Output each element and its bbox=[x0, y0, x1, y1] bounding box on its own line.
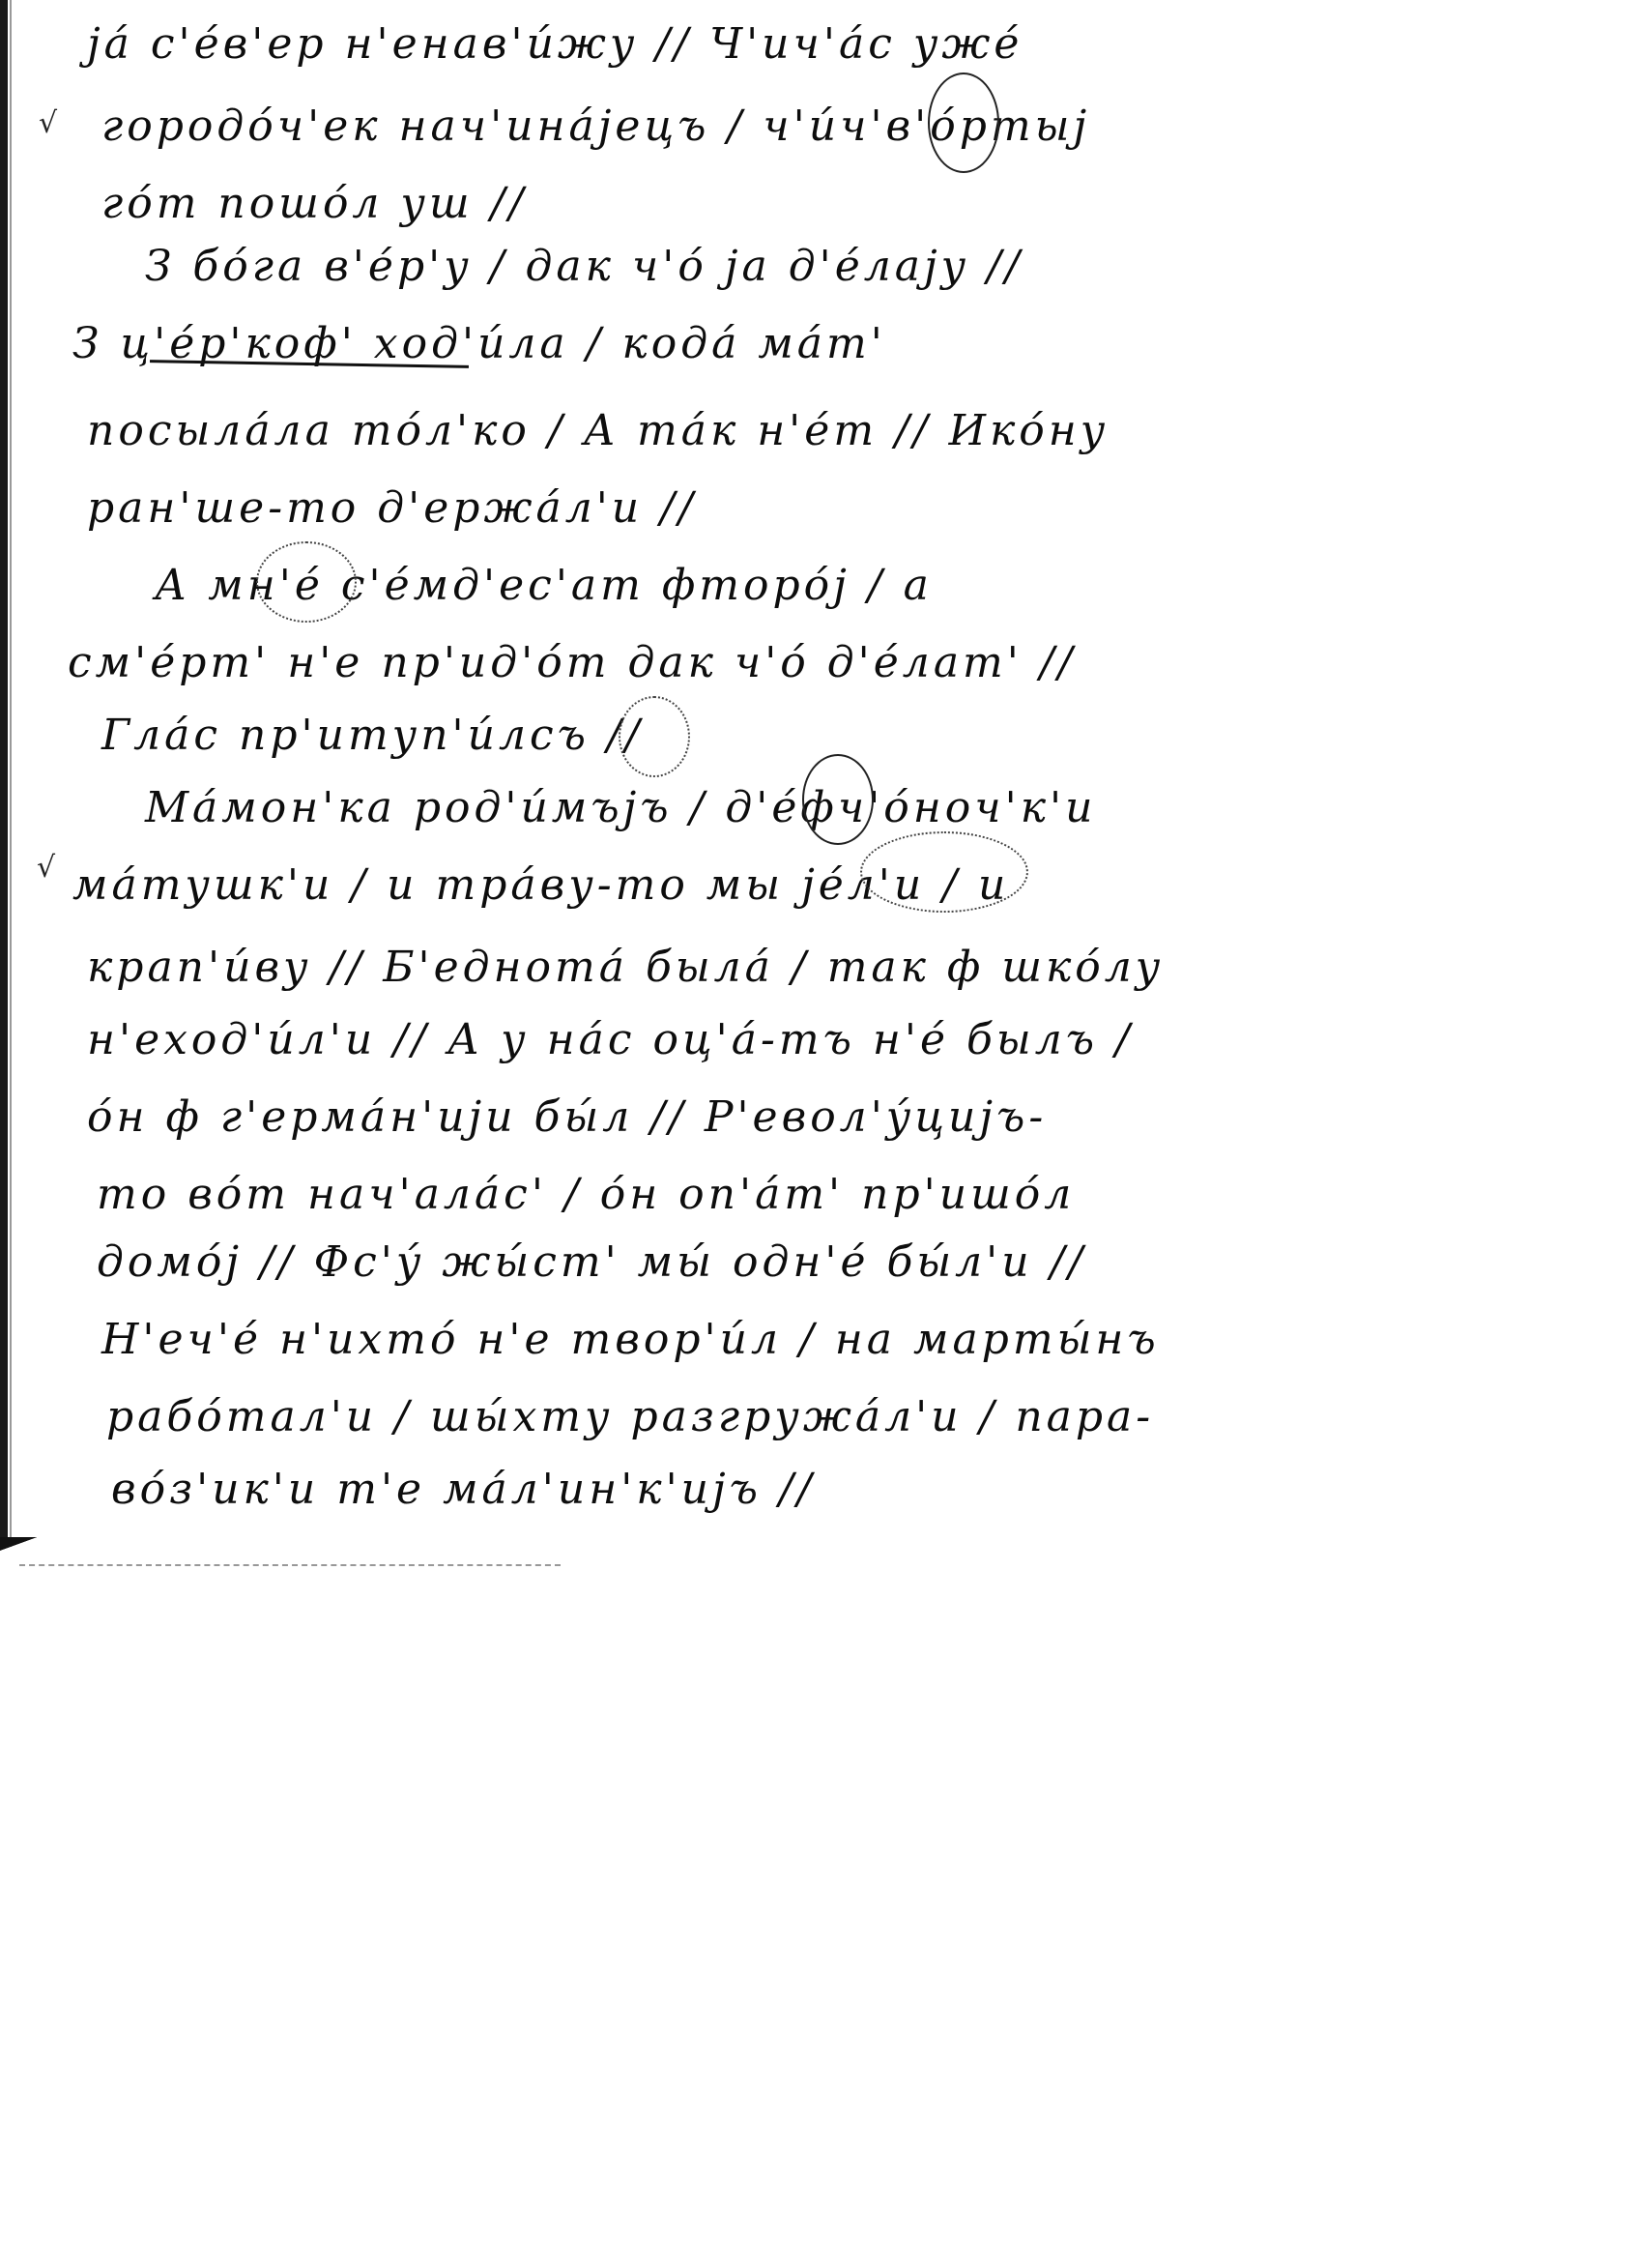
margin-check-mark-1: √ bbox=[39, 106, 57, 140]
text-line-20: во́з'ик'и т'е ма́л'ин'к'ијъ // bbox=[111, 1465, 816, 1514]
text-line-16: то во́т нач'ала́с' / о́н оп'а́т' пр'ишо́… bbox=[97, 1170, 1075, 1219]
text-line-7: ран'ше-то д'ержа́л'и // bbox=[87, 483, 697, 533]
text-line-18: Н'еч'е́ н'ихто́ н'е твор'и́л / на марты́… bbox=[101, 1315, 1160, 1364]
text-line-9: см'е́рт' н'е пр'ид'о́т дак ч'о́ д'е́лат'… bbox=[68, 638, 1077, 687]
text-line-11: Ма́мон'ка род'и́мъјъ / д'е́фч'о́ноч'к'и bbox=[145, 783, 1096, 832]
scanned-page: √ √ ја́ с'е́в'ер н'енав'и́жу // Ч'ич'а́с… bbox=[0, 0, 1643, 2268]
scan-edge-line bbox=[10, 0, 12, 1547]
text-line-10: Гла́с пр'итуп'и́лсъ // bbox=[101, 711, 644, 760]
correction-circle-2 bbox=[256, 541, 357, 623]
text-line-19: рабо́тал'и / шы́хту разгружа́л'и / пара- bbox=[106, 1392, 1154, 1441]
text-line-4: З бо́га в'е́р'у / дак ч'о́ ја д'е́лају /… bbox=[145, 242, 1023, 291]
page-corner-shadow bbox=[0, 1537, 39, 1556]
page-bottom-edge bbox=[19, 1564, 561, 1566]
correction-circle-4 bbox=[802, 754, 874, 845]
text-line-1: ја́ с'е́в'ер н'енав'и́жу // Ч'ич'а́с уже… bbox=[87, 19, 1023, 69]
correction-circle-5 bbox=[860, 831, 1028, 913]
text-line-13: крап'и́ву // Б'еднота́ была́ / так ф шко… bbox=[87, 943, 1164, 992]
scan-edge-shadow bbox=[0, 0, 8, 1547]
text-line-3: го́т пошо́л уш // bbox=[101, 179, 527, 228]
text-line-17: домо́ј // Фс'у́ жы́ст' мы́ одн'е́ бы́л'и… bbox=[97, 1237, 1086, 1287]
margin-check-mark-2: √ bbox=[37, 851, 55, 885]
text-line-14: н'еход'и́л'и // А у на́с оц'а́-тъ н'е́ б… bbox=[87, 1015, 1134, 1064]
text-line-15: о́н ф г'ерма́н'ији бы́л // Р'евол'у́цијъ… bbox=[87, 1092, 1047, 1142]
correction-circle-1 bbox=[928, 73, 999, 173]
correction-circle-3 bbox=[619, 696, 690, 777]
text-line-6: посыла́ла то́л'ко / А та́к н'е́т // Ико́… bbox=[87, 406, 1109, 455]
